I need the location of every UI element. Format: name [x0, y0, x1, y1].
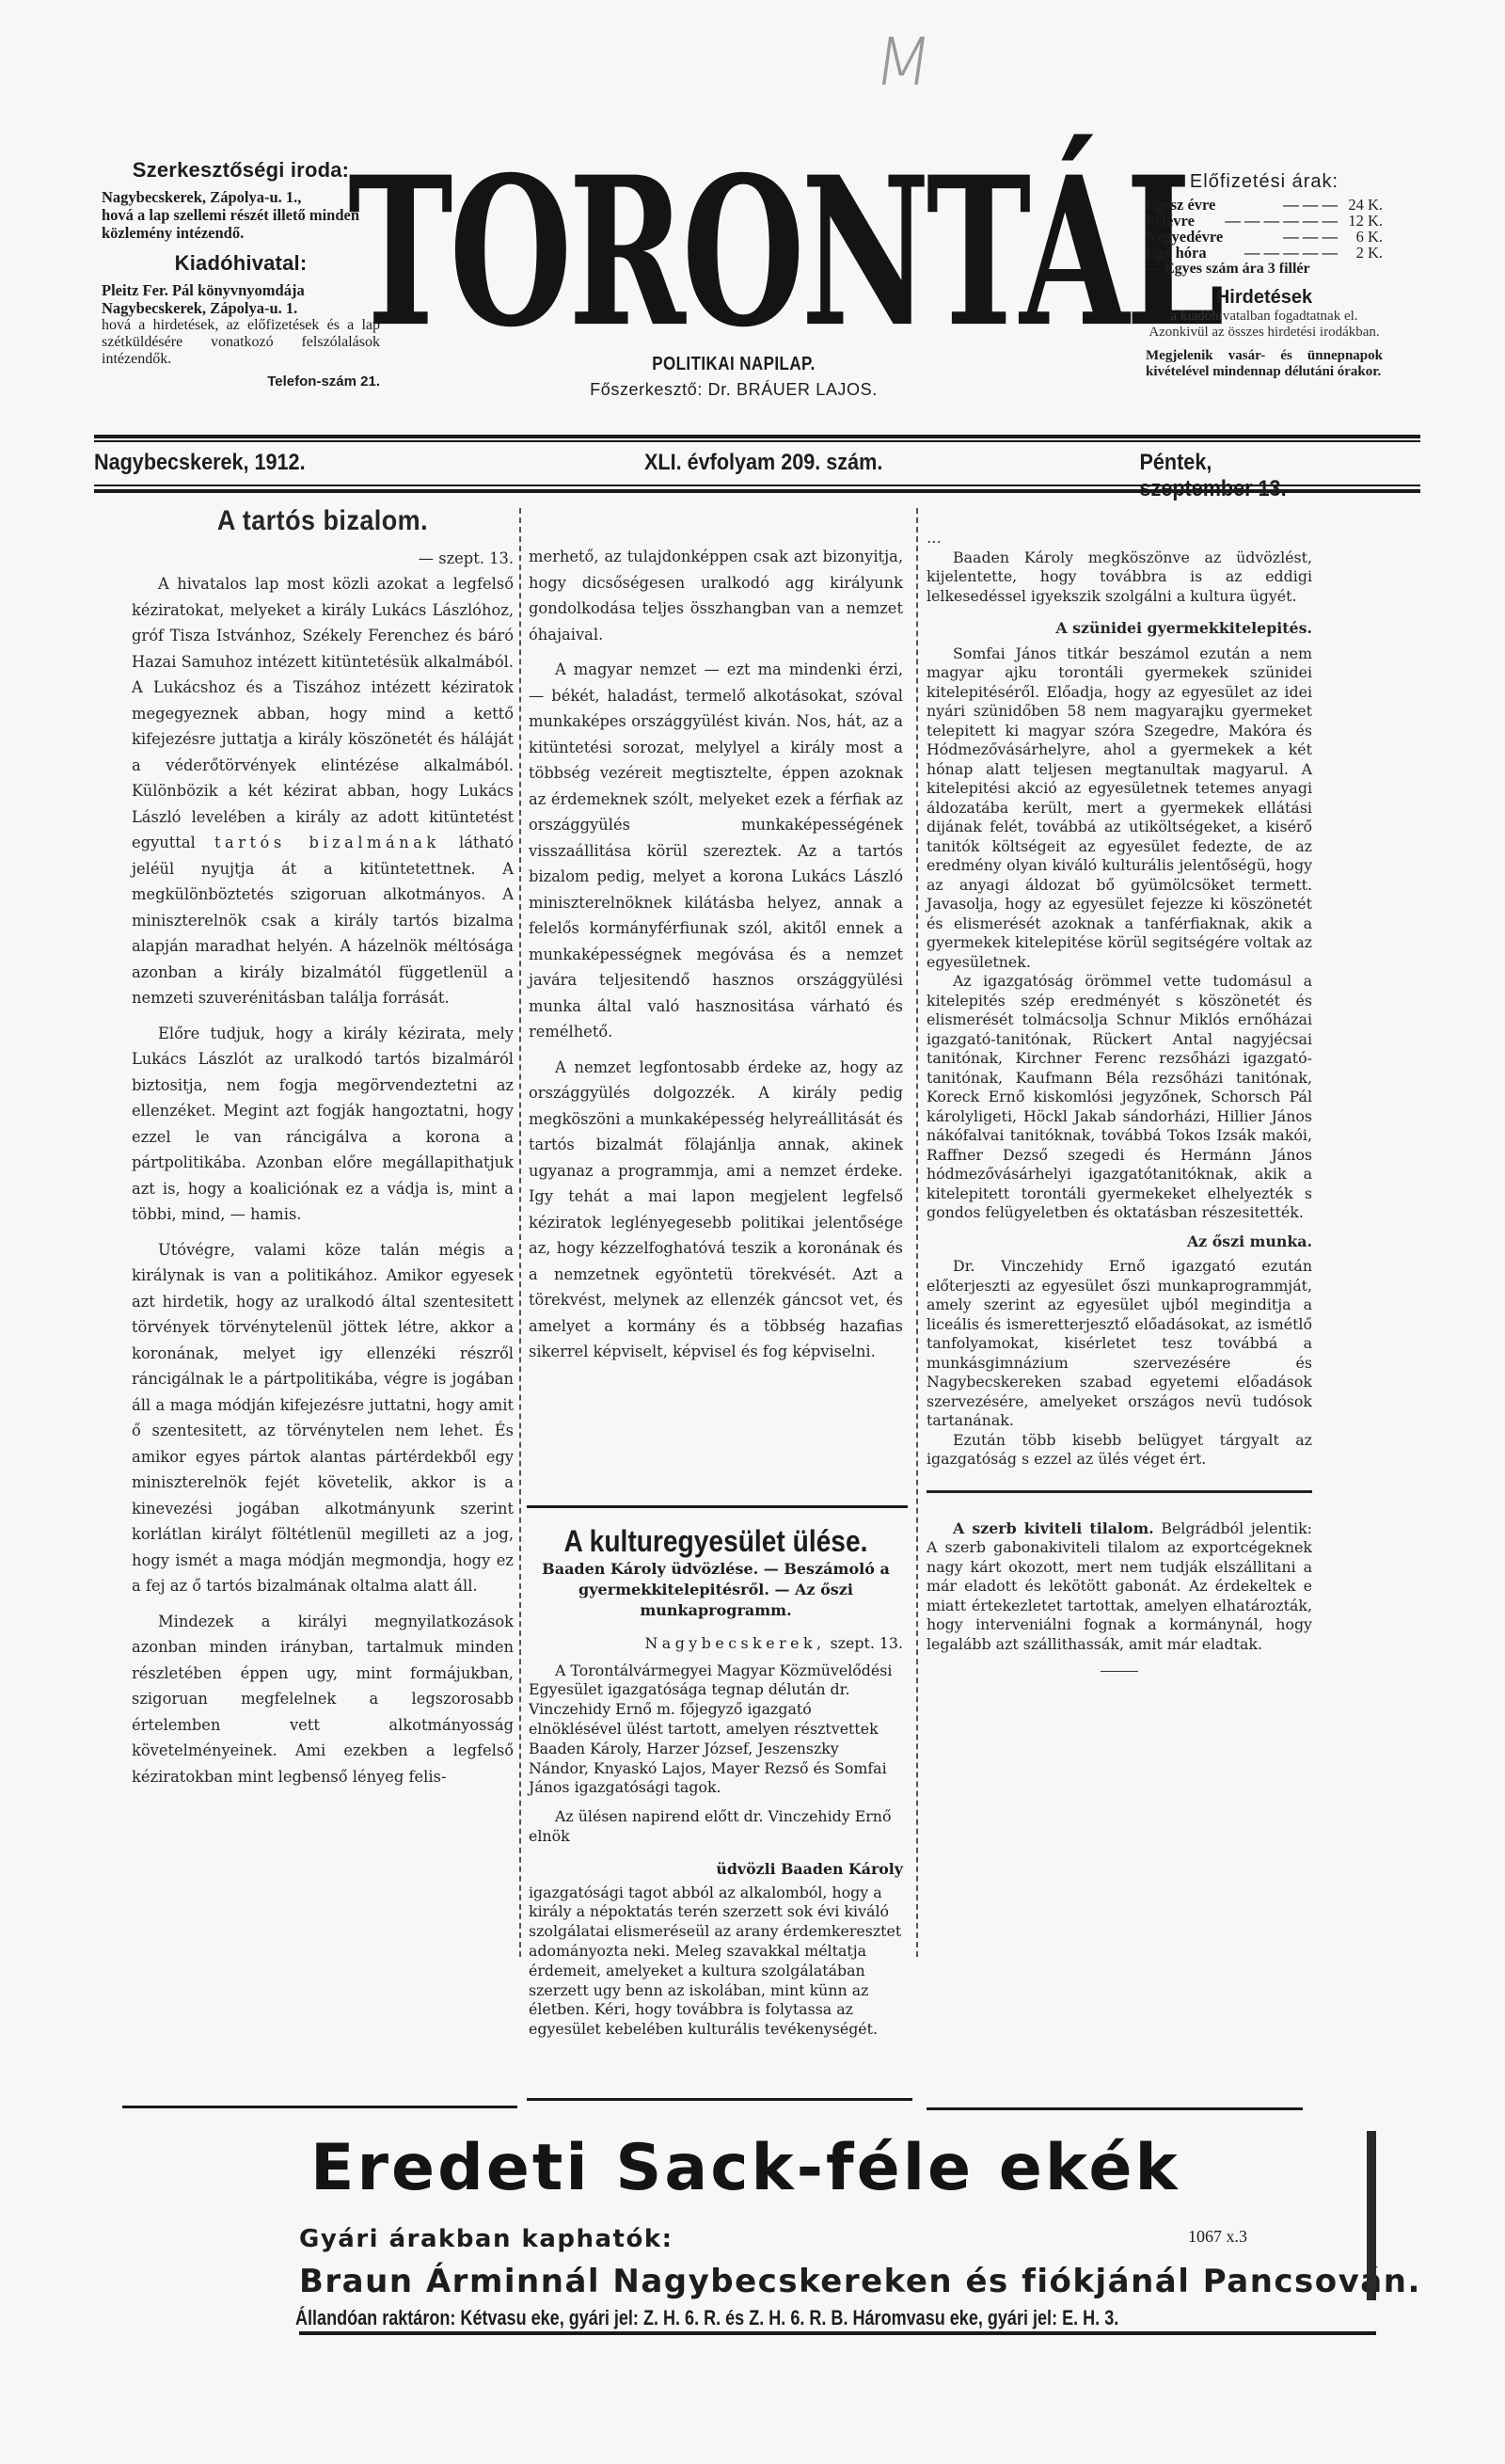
article-kulturegyesulet-continued: … Baaden Károly megköszönve az üdvözlést… [927, 529, 1312, 1672]
article-szerb-kiviteli: A szerb kiviteli tilalom. Belgrádból jel… [927, 1519, 1312, 1655]
divider-rule [122, 2106, 517, 2108]
paragraph: A nemzet legfontosabb érdeke az, hogy az… [529, 1055, 903, 1365]
paragraph: Mindezek a királyi megnyilatkozások azon… [132, 1609, 514, 1790]
price-label: Egész évre [1146, 197, 1215, 213]
article-tartos-bizalom-continued: merhető, az tulajdonképpen csak azt bizo… [529, 544, 903, 1365]
paragraph: Baaden Károly megköszönve az üdvözlést, … [927, 548, 1312, 607]
paragraph: igazgatósági tagot abból az alkalomból, … [529, 1884, 903, 2040]
volume-issue: XLI. évfolyam 209. szám. [644, 450, 882, 476]
divider-rule [927, 2107, 1303, 2110]
publisher-title: Kiadóhivatal: [102, 251, 380, 276]
ad-headline: Eredeti Sack-féle ekék [310, 2131, 1180, 2205]
price-row: Egész évre— — —24 K. [1146, 197, 1383, 213]
paragraph: Utóvégre, valami köze talán mégis a kirá… [132, 1237, 514, 1599]
article-kulturegyesulet: A kulturegyesület ülése. Baaden Károly ü… [529, 1520, 903, 2040]
paragraph: Dr. Vinczehidy Ernő igazgató ezután előt… [927, 1257, 1312, 1431]
paragraph: merhető, az tulajdonképpen csak azt bizo… [529, 544, 903, 647]
masthead-left: Szerkesztőségi iroda: Nagybecskerek, Záp… [102, 158, 380, 389]
emphasis: tartós bizalmának [214, 834, 440, 851]
article-tartos-bizalom: A tartós bizalom. — szept. 13. A hivatal… [132, 508, 514, 1789]
dateline: Nagybecskerek, 1912. XLI. évfolyam 209. … [94, 450, 1288, 480]
article-subtitle: Baaden Károly üdvözlése. — Beszámoló a g… [529, 1559, 903, 1621]
divider-rule [94, 485, 1420, 486]
column-separator [519, 508, 521, 1957]
ads-note: a kiadóhivatalban fogadtatnak el. Azonki… [1146, 309, 1383, 341]
ad-line-2: Braun Árminnál Nagybecskereken és fiókjá… [299, 2263, 1421, 2300]
price-label: Félévre [1146, 213, 1195, 229]
editorial-address: Nagybecskerek, Zápolya-u. 1., [102, 188, 380, 206]
paragraph: … [927, 529, 1312, 548]
chief-editor: Főszerkesztő: Dr. BRÁUER LAJOS. [348, 380, 1119, 400]
divider-rule [94, 440, 1420, 442]
article-title: A tartós bizalom. [150, 508, 494, 534]
price-row: Negyedévre— — —6 K. [1146, 229, 1383, 245]
paragraph: A magyar nemzet — ezt ma mindenki érzi, … [529, 657, 903, 1045]
price-row: Egy hóra— — — — —2 K. [1146, 245, 1383, 261]
price-value: 2 K. [1343, 245, 1383, 261]
article-dateline: Nagybecskerek, szept. 13. [529, 1634, 903, 1654]
article-date: — szept. 13. [132, 546, 514, 572]
section-heading: üdvözli Baaden Károly [529, 1860, 903, 1880]
day-date: Péntek, szeptember 13. [1140, 450, 1289, 502]
price-row: Félévre— — — — — —12 K. [1146, 213, 1383, 229]
newspaper-title: TORONTÁL [348, 151, 1119, 356]
price-label: Negyedévre [1146, 229, 1223, 245]
section-heading: Az őszi munka. [927, 1232, 1312, 1252]
ad-line-1: Gyári árakban kaphatók: [299, 2225, 673, 2253]
divider-rule [94, 489, 1420, 493]
publisher-address: Nagybecskerek, Zápolya-u. 1. [102, 299, 380, 317]
divider-rule [94, 435, 1420, 438]
paragraph: Előre tudjuk, hogy a király kézirata, me… [132, 1021, 514, 1228]
price-label: Egy hóra [1146, 245, 1207, 261]
place-year: Nagybecskerek, 1912. [94, 450, 306, 476]
paragraph: A Torontálvármegyei Magyar Közmüvelődési… [529, 1661, 903, 1799]
ad-line-3: Állandóan raktáron: Kétvasu eke, gyári j… [295, 2306, 1118, 2330]
advertisement: Eredeti Sack-féle ekék Gyári árakban kap… [299, 2131, 1428, 2343]
publisher-note: hová a hirdetések, az előfizetések és a … [102, 317, 380, 368]
ad-reference: 1067 x.3 [1188, 2227, 1247, 2247]
editorial-office-title: Szerkesztőségi iroda: [102, 158, 380, 183]
publisher-name: Pleitz Fer. Pál könyvnyomdája [102, 281, 380, 299]
divider-rule [527, 1505, 908, 1508]
divider-rule [299, 2331, 1376, 2335]
paragraph: Az ülésen napirend előtt dr. Vinczehidy … [529, 1807, 903, 1847]
masthead-right: Előfizetési árak: Egész évre— — —24 K. F… [1146, 171, 1383, 380]
ad-border [1367, 2131, 1376, 2300]
paragraph: Az igazgatóság örömmel vette tudomásul a… [927, 972, 1312, 1223]
editorial-note: hová a lap szellemi részét illető minden… [102, 206, 380, 242]
price-value: 24 K. [1343, 197, 1383, 213]
ads-title: Hirdetések [1146, 287, 1383, 309]
price-value: 12 K. [1343, 213, 1383, 229]
paragraph: Ezután több kisebb belügyet tárgyalt az … [927, 1431, 1312, 1470]
pencil-annotation: M [869, 24, 937, 101]
divider-rule [527, 2098, 912, 2101]
section-heading: A szünidei gyermekkitelepités. [927, 619, 1312, 639]
paragraph: Somfai János titkár beszámol ezután a ne… [927, 644, 1312, 973]
article-title: A kulturegyesület ülése. [551, 1532, 880, 1551]
price-value: 6 K. [1343, 229, 1383, 245]
prices-title: Előfizetési árak: [1146, 171, 1383, 193]
publication-note: Megjelenik vasár- és ünnepnapok kivételé… [1146, 348, 1383, 380]
single-issue-price: — Egyes szám ára 3 fillér [1146, 261, 1383, 278]
divider-rule [927, 1490, 1312, 1493]
end-mark [1101, 1671, 1138, 1672]
phone-number: Telefon-szám 21. [102, 374, 380, 389]
paragraph: A hivatalos lap most közli azokat a legf… [132, 571, 514, 1011]
column-separator [916, 508, 918, 1957]
newspaper-subtitle: POLITIKAI NAPILAP. [406, 354, 1062, 375]
article-title: A szerb kiviteli tilalom. [953, 1519, 1154, 1537]
